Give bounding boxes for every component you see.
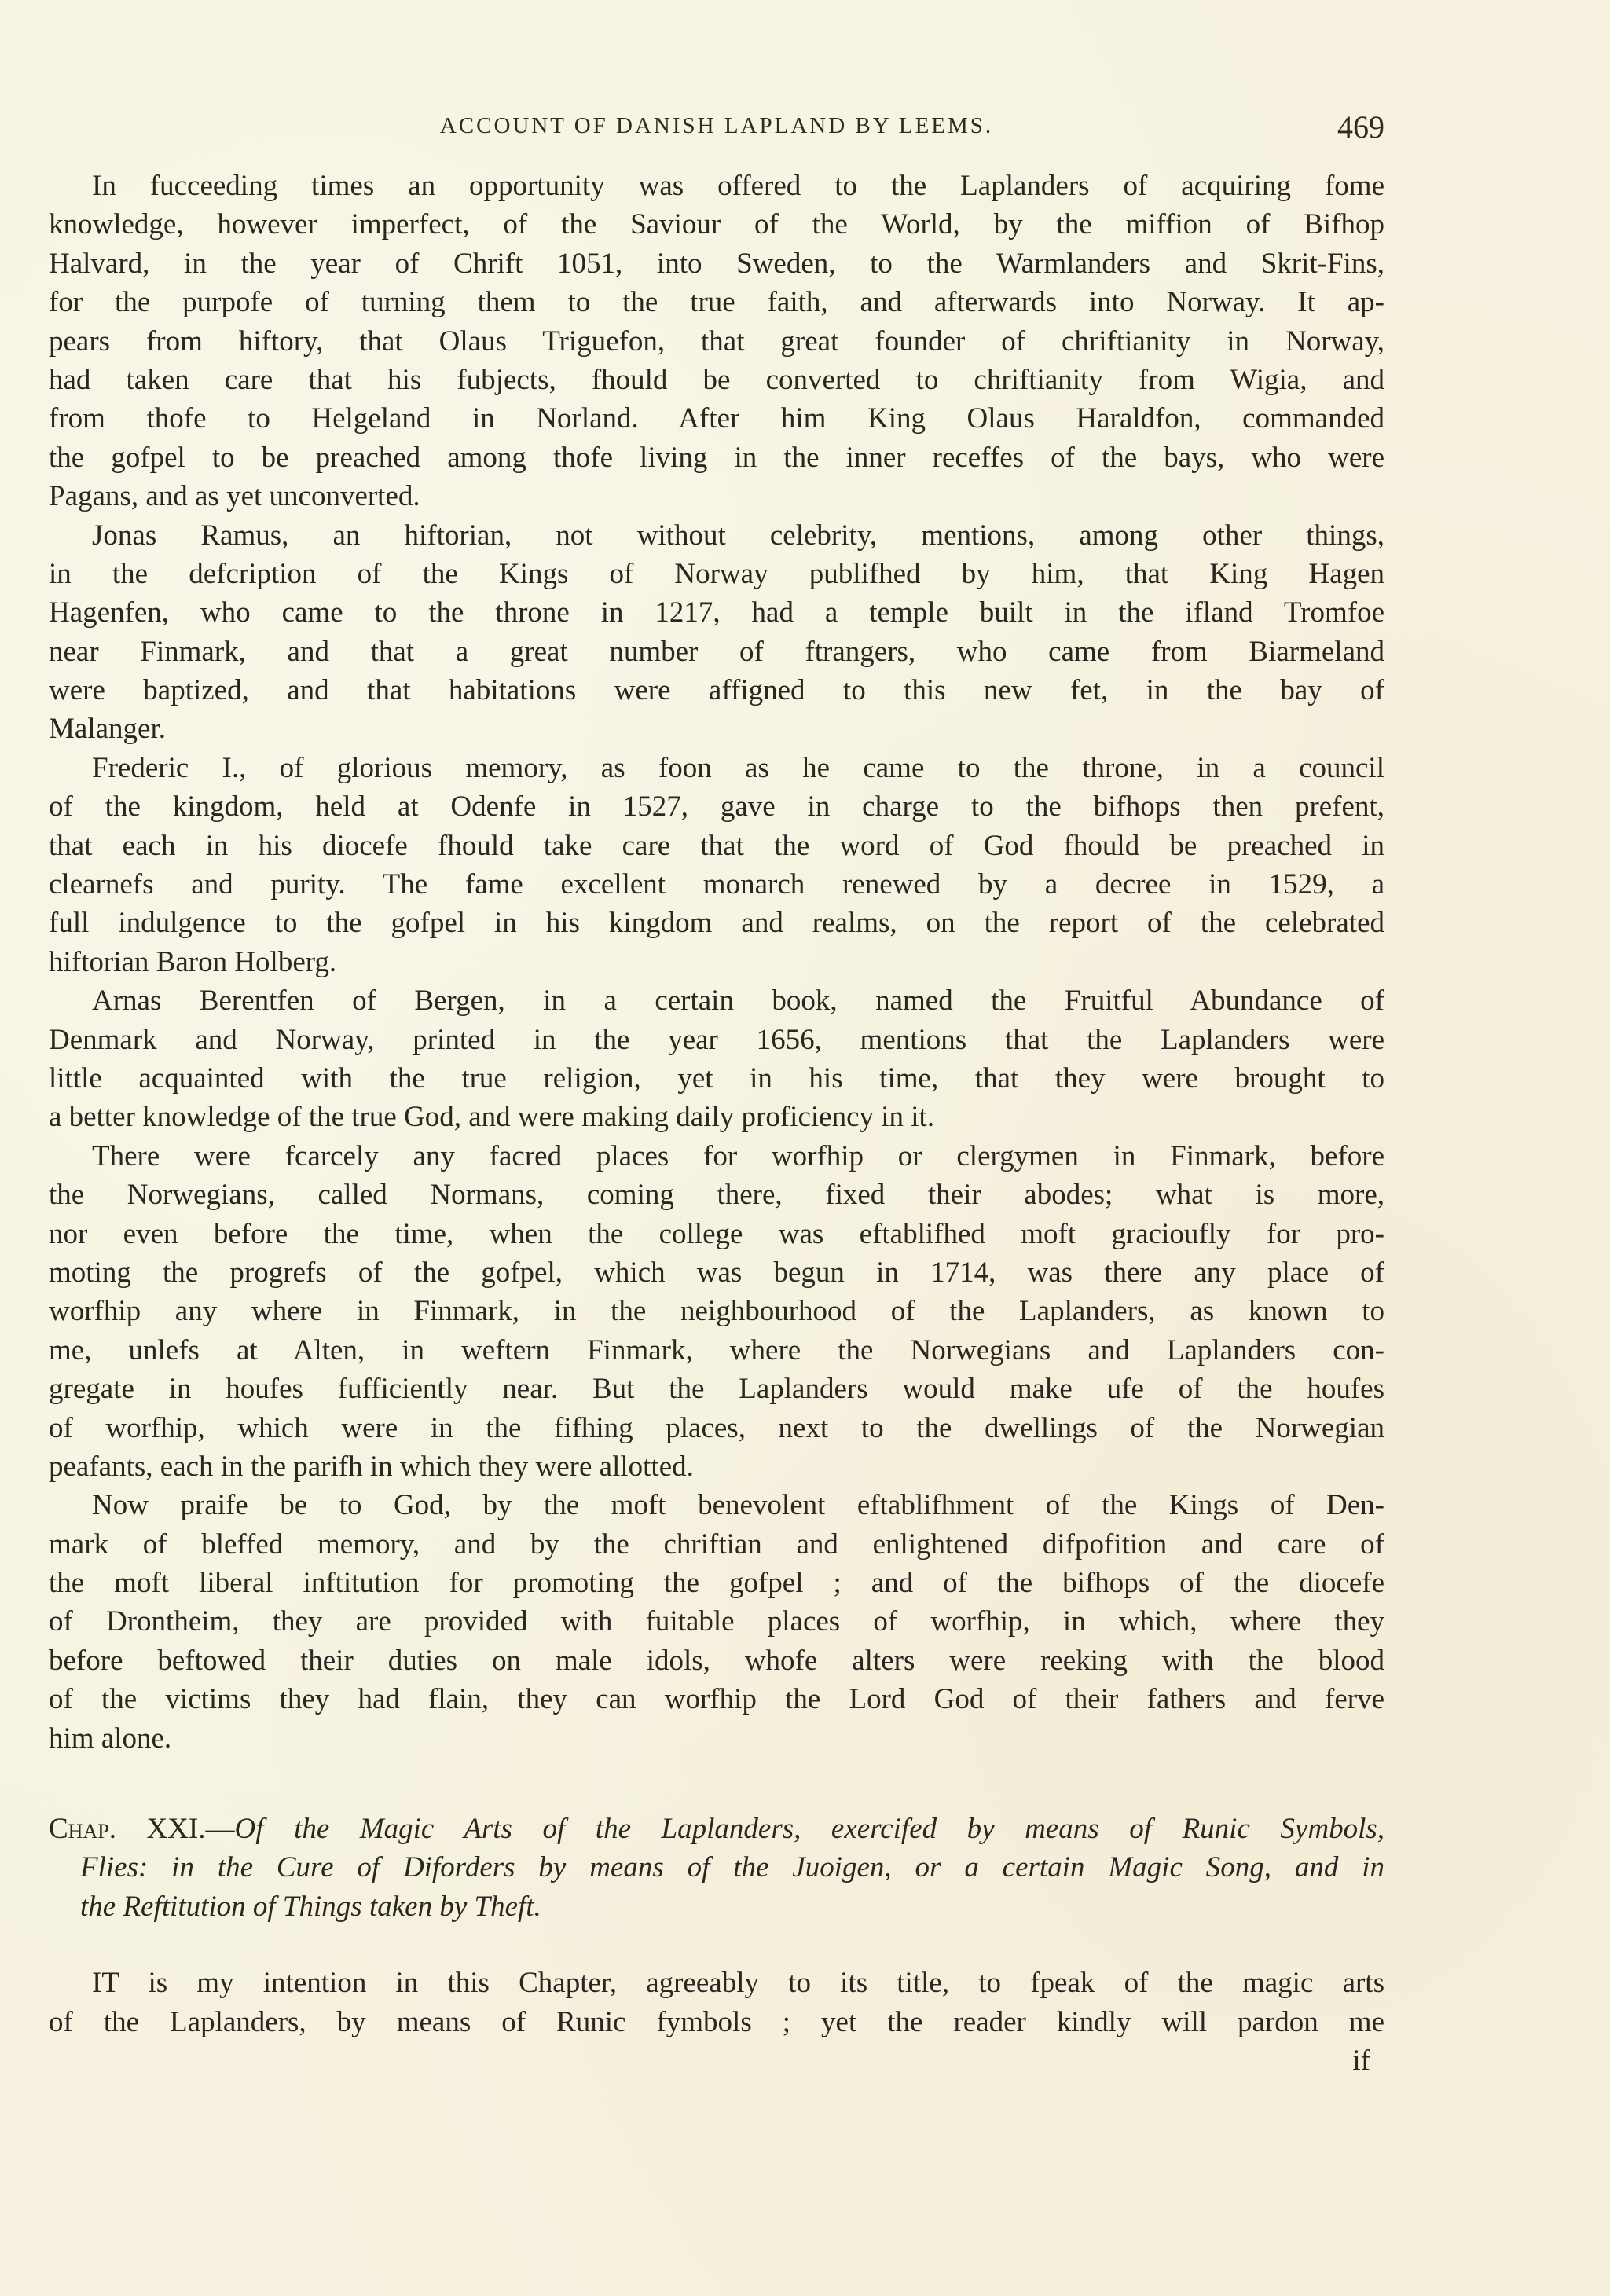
text-line: mark of bleffed memory, and by the chrif… — [49, 1525, 1384, 1564]
chapter-heading: Chap. XXI.—Of the Magic Arts of the Lapl… — [49, 1810, 1384, 1926]
paragraph-praise: Now praife be to God, by the moft benevo… — [49, 1486, 1384, 1758]
text-line: worfhip any where in Finmark, in the nei… — [49, 1292, 1384, 1330]
catchword: if — [49, 2041, 1384, 2080]
running-title: Account of Danish Lapland by Leems. — [49, 113, 1384, 139]
chapter-title: Flies: in the Cure of Diforders by means… — [49, 1848, 1384, 1887]
text-line: of the Laplanders, by means of Runic fym… — [49, 2003, 1384, 2041]
chapter-title: Of the Magic Arts of the Laplanders, exe… — [235, 1813, 1384, 1845]
text-line: the gofpel to be preached among thofe li… — [49, 438, 1384, 477]
chapter-opening-paragraph: IT is my intention in this Chapter, agre… — [49, 1964, 1384, 2080]
text-line: the moft liberal inftitution for promoti… — [49, 1564, 1384, 1602]
text-line: were baptized, and that habitations were… — [49, 671, 1384, 710]
paragraph-bishop-halvard: In fucceeding times an opportunity was o… — [49, 167, 1384, 516]
text-line: nor even before the time, when the colle… — [49, 1215, 1384, 1253]
text-line: him alone. — [49, 1719, 1384, 1758]
text-line: had taken care that his fubjects, fhould… — [49, 361, 1384, 399]
text-line: of worfhip, which were in the fifhing pl… — [49, 1409, 1384, 1447]
text-line: Hagenfen, who came to the throne in 1217… — [49, 593, 1384, 632]
text-line: Pagans, and as yet unconverted. — [49, 477, 1384, 515]
section-gap — [49, 1758, 1384, 1810]
text-line: near Finmark, and that a great number of… — [49, 633, 1384, 671]
text-line: In fucceeding times an opportunity was o… — [49, 167, 1384, 205]
text-line: that each in his diocefe fhould take car… — [49, 827, 1384, 865]
text-line: of Drontheim, they are provided with fui… — [49, 1602, 1384, 1641]
text-line: IT is my intention in this Chapter, agre… — [49, 1964, 1384, 2002]
paragraph-jonas-ramus: Jonas Ramus, an hiftorian, not without c… — [49, 516, 1384, 749]
chapter-heading-line: Chap. XXI.—Of the Magic Arts of the Lapl… — [49, 1810, 1384, 1848]
text-line: pears from hiftory, that Olaus Triguefon… — [49, 322, 1384, 361]
text-line: before beftowed their duties on male ido… — [49, 1641, 1384, 1680]
running-head: Account of Danish Lapland by Leems. 469 — [49, 108, 1384, 148]
text-line: a better knowledge of the true God, and … — [49, 1098, 1384, 1136]
paragraph-arnas-berentsen: Arnas Berentfen of Bergen, in a certain … — [49, 981, 1384, 1137]
text-line: little acquainted with the true religion… — [49, 1059, 1384, 1098]
text-line: from thofe to Helgeland in Norland. Afte… — [49, 399, 1384, 438]
text-line: Malanger. — [49, 710, 1384, 748]
chapter-title: the Reftitution of Things taken by Theft… — [49, 1887, 1384, 1926]
section-gap — [49, 1926, 1384, 1964]
text-line: gregate in houfes fufficiently near. But… — [49, 1370, 1384, 1408]
text-line: moting the progrefs of the gofpel, which… — [49, 1253, 1384, 1292]
text-line: Denmark and Norway, printed in the year … — [49, 1021, 1384, 1059]
text-line: of the victims they had flain, they can … — [49, 1680, 1384, 1718]
text-line: Jonas Ramus, an hiftorian, not without c… — [49, 516, 1384, 555]
text-line: for the purpofe of turning them to the t… — [49, 283, 1384, 321]
paragraph-sacred-places: There were fcarcely any facred places fo… — [49, 1137, 1384, 1487]
text-line: Now praife be to God, by the moft benevo… — [49, 1486, 1384, 1524]
text-line: full indulgence to the gofpel in his kin… — [49, 904, 1384, 942]
text-line: Halvard, in the year of Chrift 1051, int… — [49, 244, 1384, 283]
text-line: in the defcription of the Kings of Norwa… — [49, 555, 1384, 593]
body-text: In fucceeding times an opportunity was o… — [49, 167, 1384, 2080]
text-line: hiftorian Baron Holberg. — [49, 943, 1384, 981]
text-line: knowledge, however imperfect, of the Sav… — [49, 205, 1384, 244]
text-line: clearnefs and purity. The fame excellent… — [49, 865, 1384, 904]
text-line: the Norwegians, called Normans, coming t… — [49, 1176, 1384, 1214]
chapter-label: Chap. XXI.— — [49, 1813, 235, 1845]
text-line: me, unlefs at Alten, in weftern Finmark,… — [49, 1331, 1384, 1370]
page-number: 469 — [1337, 108, 1384, 145]
text-line: There were fcarcely any facred places fo… — [49, 1137, 1384, 1176]
text-line: of the kingdom, held at Odenfe in 1527, … — [49, 787, 1384, 826]
text-line: Frederic I., of glorious memory, as foon… — [49, 749, 1384, 787]
text-line: peafants, each in the parifh in which th… — [49, 1447, 1384, 1486]
text-line: Arnas Berentfen of Bergen, in a certain … — [49, 981, 1384, 1020]
book-page: Account of Danish Lapland by Leems. 469 … — [0, 0, 1610, 2296]
paragraph-frederic: Frederic I., of glorious memory, as foon… — [49, 749, 1384, 981]
